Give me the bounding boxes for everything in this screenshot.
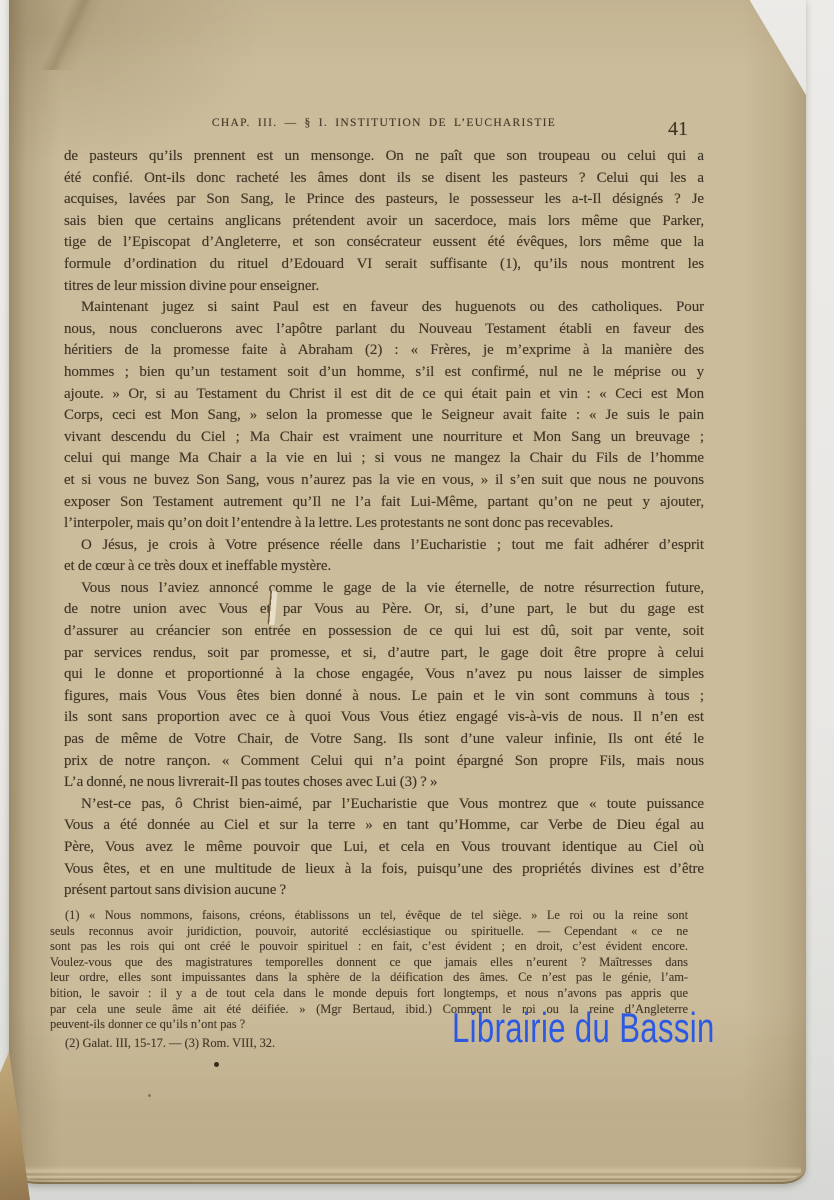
body-line: qui le donne et proportionné à la chose …	[64, 664, 704, 686]
body-line: acquises, lavées par Son Sang, le Prince…	[64, 189, 704, 211]
body-line: prix de notre rançon. « Comment Celui qu…	[64, 751, 704, 773]
body-text: de pasteurs qu’ils prennent est un menso…	[64, 146, 704, 902]
page-stack-edge	[17, 1166, 801, 1180]
body-line: ils sont sans proportion avec ce à quoi …	[64, 707, 704, 729]
body-line: L’a donné, ne nous livrerait-Il pas tout…	[64, 772, 704, 794]
footnote-line: Voulez-vous que des magistratures tempor…	[50, 955, 688, 971]
body-line: héritiers de la promesse faite à Abraham…	[64, 340, 704, 362]
body-line: Père, Vous avez le même pouvoir que Lui,…	[64, 837, 704, 859]
body-line: Vous nous l’aviez annoncé comme le gage …	[64, 578, 704, 600]
body-line: ajoute. » Or, si au Testament du Christ …	[64, 384, 704, 406]
body-line: été confié. Ont-ils donc racheté les âme…	[64, 168, 704, 190]
body-line: Maintenant jugez si saint Paul est en fa…	[64, 297, 704, 319]
body-line: Vous a été donnée au Ciel et sur la terr…	[64, 815, 704, 837]
running-header: CHAP. III. — § I. INSTITUTION DE L’EUCHA…	[64, 117, 704, 129]
body-line: et de cœur à ce très doux et ineffable m…	[64, 556, 704, 578]
body-line: vivant descendu du Ciel ; Ma Chair est v…	[64, 427, 704, 449]
book-scan: CHAP. III. — § I. INSTITUTION DE L’EUCHA…	[0, 0, 834, 1200]
body-line: d’assurer au créancier son entrée en pos…	[64, 621, 704, 643]
body-line: celui qui mange Ma Chair a la vie en lui…	[64, 448, 704, 470]
footnote-line: leur ordre, elles sont impuissantes dans…	[50, 970, 688, 986]
body-line: l’interpoler, mais qu’on doit l’entendre…	[64, 513, 704, 535]
body-line: exposer Son Testament autrement qu’Il ne…	[64, 492, 704, 514]
body-line: O Jésus, je crois à Votre présence réell…	[64, 535, 704, 557]
footnote-line: (1) « Nous nommons, faisons, créons, éta…	[50, 908, 688, 924]
body-line: figures, mais Vous Vous êtes bien donné …	[64, 686, 704, 708]
body-line: Corps, ceci est Mon Sang, » selon la pro…	[64, 405, 704, 427]
body-line: par services rendus, soit par promesse, …	[64, 643, 704, 665]
body-line: présent partout sans division aucune ?	[64, 880, 704, 902]
body-line: sais bien que certains anglicans prétend…	[64, 211, 704, 233]
body-line: pas de même de Votre Chair, de Votre San…	[64, 729, 704, 751]
ink-speck	[214, 1062, 219, 1067]
body-line: hommes ; bien qu’un testament soit d’un …	[64, 362, 704, 384]
body-line: titres de leur mission divine pour ensei…	[64, 276, 704, 298]
ink-speck	[148, 1094, 151, 1097]
body-line: et si vous ne buvez Son Sang, vous n’aur…	[64, 470, 704, 492]
body-line: tige de l’Episcopat d’Angleterre, et son…	[64, 232, 704, 254]
footnote-line: sont pas les rois qui ont créé le pouvoi…	[50, 939, 688, 955]
body-line: de pasteurs qu’ils prennent est un menso…	[64, 146, 704, 168]
watermark: Librairie du Bassin	[452, 1004, 715, 1052]
footnote-line: bition, le savoir : il y a de tout cela …	[50, 986, 688, 1002]
body-line: nous, nous concluerons avec l’apôtre par…	[64, 319, 704, 341]
page-number: 41	[668, 118, 688, 141]
body-line: de notre union avec Vous et par Vous au …	[64, 599, 704, 621]
paper-crease	[15, 0, 125, 70]
body-line: formule d’ordination du rituel d’Edouard…	[64, 254, 704, 276]
body-line: Vous êtes, et en une multitude de lieux …	[64, 859, 704, 881]
body-line: N’est-ce pas, ô Christ bien-aimé, par l’…	[64, 794, 704, 816]
footnote-line: seuls reconnus avoir juridiction, pouvoi…	[50, 924, 688, 940]
